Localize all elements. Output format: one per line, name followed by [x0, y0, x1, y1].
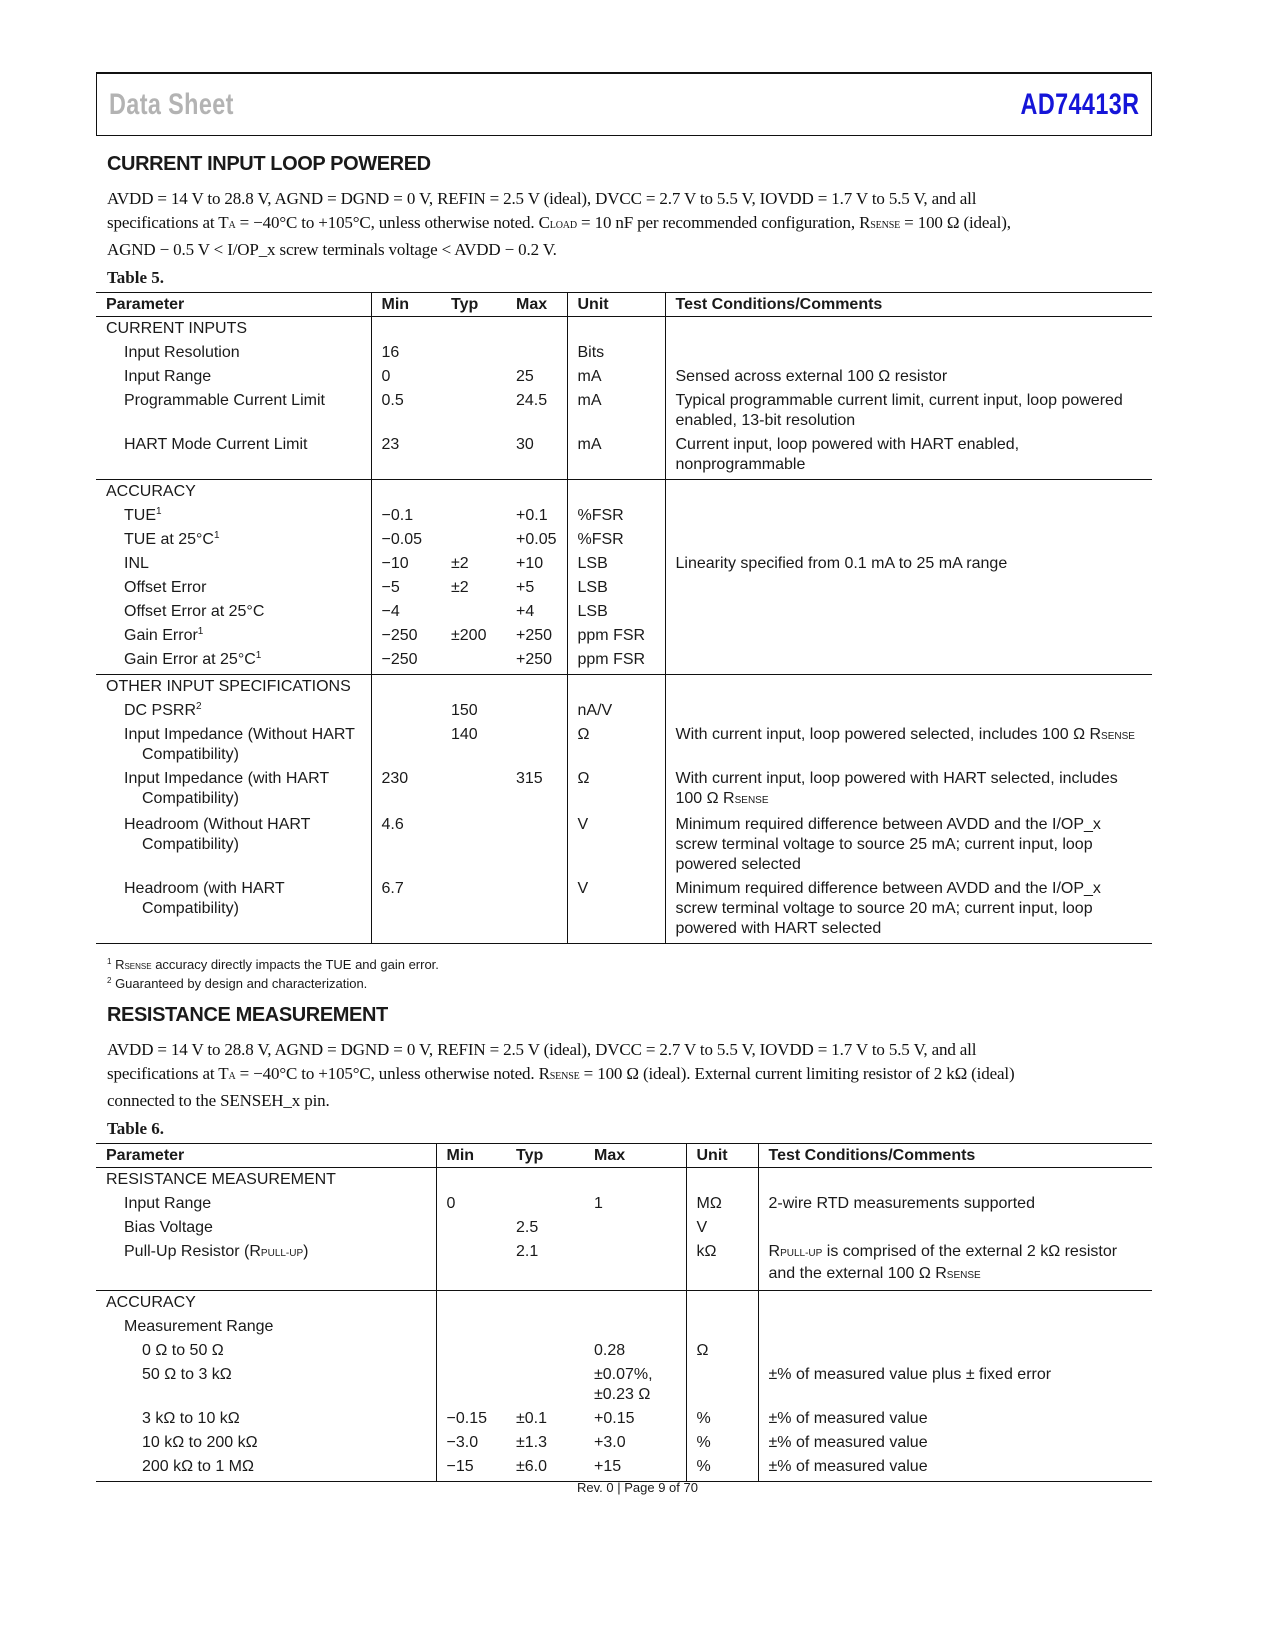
table-row: 3 kΩ to 10 kΩ −0.15 ±0.1 +0.15 % ±% of m…: [96, 1407, 1152, 1431]
typ-cell: [441, 433, 506, 480]
footnotes: 1 RSENSE accuracy directly impacts the T…: [107, 956, 439, 992]
param-cell: HART Mode Current Limit: [96, 433, 371, 480]
max-cell: [506, 813, 567, 877]
col-comments: Test Conditions/Comments: [665, 293, 1152, 317]
comment-cell: [665, 699, 1152, 723]
min-cell: 6.7: [371, 877, 441, 944]
table-cell: [371, 675, 441, 700]
unit-cell: ppm FSR: [567, 624, 665, 648]
comment-cell: Minimum required difference between AVDD…: [665, 877, 1152, 944]
unit-cell: V: [567, 877, 665, 944]
col-parameter: Parameter: [96, 1144, 436, 1168]
param-cell: Input Resolution: [96, 341, 371, 365]
group-label: ACCURACY: [96, 480, 371, 505]
doc-type-label: Data Sheet: [109, 88, 234, 122]
unit-cell: Ω: [567, 767, 665, 813]
min-cell: 0: [371, 365, 441, 389]
unit-cell: %FSR: [567, 504, 665, 528]
intro-line: specifications at TA = −40°C to +105°C, …: [107, 211, 1117, 238]
table-cell: [665, 675, 1152, 700]
unit-cell: LSB: [567, 552, 665, 576]
param-cell: Headroom (Without HART Compatibility): [96, 813, 371, 877]
table-row: Gain Error1−250±200+250ppm FSR: [96, 624, 1152, 648]
param-cell: INL: [96, 552, 371, 576]
max-cell: 24.5: [506, 389, 567, 433]
table-cell: [506, 480, 567, 505]
footnote-2: 2 Guaranteed by design and characterizat…: [107, 975, 439, 992]
comment-cell: [665, 576, 1152, 600]
page-footer: Rev. 0 | Page 9 of 70: [0, 1480, 1275, 1495]
unit-cell: mA: [567, 433, 665, 480]
table-row: Offset Error−5±2+5LSB: [96, 576, 1152, 600]
col-min: Min: [371, 293, 441, 317]
table-row: Programmable Current Limit0.524.5mATypic…: [96, 389, 1152, 433]
comment-cell: [665, 648, 1152, 675]
unit-cell: V: [567, 813, 665, 877]
table-row: 0 Ω to 50 Ω 0.28 Ω: [96, 1339, 1152, 1363]
section-intro-current-input: AVDD = 14 V to 28.8 V, AGND = DGND = 0 V…: [107, 187, 1117, 262]
param-cell: Offset Error at 25°C: [96, 600, 371, 624]
table-row: Headroom (with HART Compatibility)6.7VMi…: [96, 877, 1152, 944]
table-header-row: Parameter Min Typ Max Unit Test Conditio…: [96, 293, 1152, 317]
typ-cell: 150: [441, 699, 506, 723]
comment-cell: Sensed across external 100 Ω resistor: [665, 365, 1152, 389]
table-row: Input Range025mASensed across external 1…: [96, 365, 1152, 389]
max-cell: +5: [506, 576, 567, 600]
min-cell: 16: [371, 341, 441, 365]
spec-table-5: Parameter Min Typ Max Unit Test Conditio…: [96, 292, 1152, 944]
table-group-row: OTHER INPUT SPECIFICATIONS: [96, 675, 1152, 700]
table-cell: [567, 480, 665, 505]
param-cell: DC PSRR2: [96, 699, 371, 723]
table-row: Input Resolution16Bits: [96, 341, 1152, 365]
param-cell: Input Range: [96, 365, 371, 389]
col-typ: Typ: [506, 1144, 584, 1168]
min-cell: −250: [371, 624, 441, 648]
comment-cell: [665, 528, 1152, 552]
unit-cell: mA: [567, 389, 665, 433]
max-cell: [506, 341, 567, 365]
spec-table-6: Parameter Min Typ Max Unit Test Conditio…: [96, 1143, 1152, 1482]
table-cell: [371, 317, 441, 342]
comment-cell: Minimum required difference between AVDD…: [665, 813, 1152, 877]
comment-cell: [665, 624, 1152, 648]
min-cell: −4: [371, 600, 441, 624]
intro-line: AGND − 0.5 V < I/OP_x screw terminals vo…: [107, 238, 1117, 262]
col-parameter: Parameter: [96, 293, 371, 317]
unit-cell: mA: [567, 365, 665, 389]
comment-cell: [665, 600, 1152, 624]
table-cell: [506, 317, 567, 342]
table-row: Pull-Up Resistor (RPULL-UP) 2.1 kΩ RPULL…: [96, 1240, 1152, 1291]
param-cell: Input Impedance (with HART Compatibility…: [96, 767, 371, 813]
min-cell: −0.05: [371, 528, 441, 552]
typ-cell: [441, 389, 506, 433]
max-cell: +250: [506, 624, 567, 648]
table-subgroup-row: Measurement Range: [96, 1315, 1152, 1339]
unit-cell: LSB: [567, 576, 665, 600]
comment-cell: Typical programmable current limit, curr…: [665, 389, 1152, 433]
max-cell: 315: [506, 767, 567, 813]
typ-cell: ±200: [441, 624, 506, 648]
typ-cell: ±2: [441, 576, 506, 600]
table-row: Headroom (Without HART Compatibility)4.6…: [96, 813, 1152, 877]
param-cell: TUE1: [96, 504, 371, 528]
typ-cell: [441, 528, 506, 552]
max-cell: 30: [506, 433, 567, 480]
table-cell: [665, 317, 1152, 342]
min-cell: −10: [371, 552, 441, 576]
table-header-row: Parameter Min Typ Max Unit Test Conditio…: [96, 1144, 1152, 1168]
table-cell: [441, 317, 506, 342]
max-cell: [506, 723, 567, 767]
section-title-resistance: RESISTANCE MEASUREMENT: [107, 1004, 388, 1027]
min-cell: −250: [371, 648, 441, 675]
unit-cell: nA/V: [567, 699, 665, 723]
typ-cell: [441, 600, 506, 624]
comment-cell: [665, 341, 1152, 365]
max-cell: [506, 699, 567, 723]
param-cell: Input Impedance (Without HART Compatibil…: [96, 723, 371, 767]
param-cell: Gain Error1: [96, 624, 371, 648]
typ-cell: 140: [441, 723, 506, 767]
table-cell: [567, 317, 665, 342]
table-row: TUE at 25°C1−0.05+0.05%FSR: [96, 528, 1152, 552]
intro-line: AVDD = 14 V to 28.8 V, AGND = DGND = 0 V…: [107, 1038, 1117, 1062]
col-typ: Typ: [441, 293, 506, 317]
col-unit: Unit: [567, 293, 665, 317]
section-intro-resistance: AVDD = 14 V to 28.8 V, AGND = DGND = 0 V…: [107, 1038, 1117, 1113]
table-row: 10 kΩ to 200 kΩ −3.0 ±1.3 +3.0 % ±% of m…: [96, 1431, 1152, 1455]
max-cell: 25: [506, 365, 567, 389]
max-cell: +250: [506, 648, 567, 675]
table-row: Input Impedance (Without HART Compatibil…: [96, 723, 1152, 767]
footnote-1: 1 RSENSE accuracy directly impacts the T…: [107, 956, 439, 975]
typ-cell: [441, 341, 506, 365]
min-cell: 230: [371, 767, 441, 813]
comment-cell: Linearity specified from 0.1 mA to 25 mA…: [665, 552, 1152, 576]
max-cell: +4: [506, 600, 567, 624]
param-cell: Programmable Current Limit: [96, 389, 371, 433]
table-row: Input Range 0 1 MΩ 2-wire RTD measuremen…: [96, 1192, 1152, 1216]
col-max: Max: [584, 1144, 686, 1168]
group-label: OTHER INPUT SPECIFICATIONS: [96, 675, 371, 700]
intro-line: specifications at TA = −40°C to +105°C, …: [107, 1062, 1117, 1089]
intro-line: connected to the SENSEH_x pin.: [107, 1089, 1117, 1113]
table-row: 200 kΩ to 1 MΩ −15 ±6.0 +15 % ±% of meas…: [96, 1455, 1152, 1482]
unit-cell: ppm FSR: [567, 648, 665, 675]
min-cell: −0.1: [371, 504, 441, 528]
table-cell: [441, 480, 506, 505]
min-cell: 0.5: [371, 389, 441, 433]
table-row: 50 Ω to 3 kΩ ±0.07%,±0.23 Ω ±% of measur…: [96, 1363, 1152, 1407]
table-cell: [506, 675, 567, 700]
page-header: Data Sheet AD74413R: [96, 72, 1152, 136]
table-group-row: ACCURACY: [96, 1291, 1152, 1316]
param-cell: Headroom (with HART Compatibility): [96, 877, 371, 944]
max-cell: +10: [506, 552, 567, 576]
table-cell: [665, 480, 1152, 505]
table-row: INL−10±2+10LSBLinearity specified from 0…: [96, 552, 1152, 576]
unit-cell: Ω: [567, 723, 665, 767]
min-cell: −5: [371, 576, 441, 600]
param-cell: Offset Error: [96, 576, 371, 600]
table-row: Offset Error at 25°C−4+4LSB: [96, 600, 1152, 624]
min-cell: 23: [371, 433, 441, 480]
table-cell: [441, 675, 506, 700]
min-cell: [371, 699, 441, 723]
table-group-row: ACCURACY: [96, 480, 1152, 505]
table-group-row: CURRENT INPUTS: [96, 317, 1152, 342]
min-cell: [371, 723, 441, 767]
typ-cell: [441, 648, 506, 675]
max-cell: +0.1: [506, 504, 567, 528]
table-row: DC PSRR2150nA/V: [96, 699, 1152, 723]
table-group-row: RESISTANCE MEASUREMENT: [96, 1168, 1152, 1193]
typ-cell: [441, 767, 506, 813]
col-min: Min: [436, 1144, 506, 1168]
table-cell: [371, 480, 441, 505]
typ-cell: [441, 504, 506, 528]
col-comments: Test Conditions/Comments: [758, 1144, 1152, 1168]
table-row: HART Mode Current Limit2330mACurrent inp…: [96, 433, 1152, 480]
comment-cell: With current input, loop powered with HA…: [665, 767, 1152, 813]
comment-cell: Current input, loop powered with HART en…: [665, 433, 1152, 480]
param-cell: Gain Error at 25°C1: [96, 648, 371, 675]
table-row: TUE1−0.1+0.1%FSR: [96, 504, 1152, 528]
param-cell: TUE at 25°C1: [96, 528, 371, 552]
part-number: AD74413R: [1020, 88, 1139, 122]
comment-cell: [665, 504, 1152, 528]
col-max: Max: [506, 293, 567, 317]
unit-cell: LSB: [567, 600, 665, 624]
comment-cell: With current input, loop powered selecte…: [665, 723, 1152, 767]
typ-cell: [441, 365, 506, 389]
table-row: Gain Error at 25°C1−250+250ppm FSR: [96, 648, 1152, 675]
col-unit: Unit: [686, 1144, 758, 1168]
group-label: CURRENT INPUTS: [96, 317, 371, 342]
max-cell: [506, 877, 567, 944]
table-row: Input Impedance (with HART Compatibility…: [96, 767, 1152, 813]
typ-cell: [441, 813, 506, 877]
typ-cell: ±2: [441, 552, 506, 576]
unit-cell: Bits: [567, 341, 665, 365]
typ-cell: [441, 877, 506, 944]
table-cell: [567, 675, 665, 700]
unit-cell: %FSR: [567, 528, 665, 552]
min-cell: 4.6: [371, 813, 441, 877]
intro-line: AVDD = 14 V to 28.8 V, AGND = DGND = 0 V…: [107, 187, 1117, 211]
max-cell: +0.05: [506, 528, 567, 552]
table-row: Bias Voltage 2.5 V: [96, 1216, 1152, 1240]
table-caption: Table 5.: [107, 268, 164, 288]
section-title-current-input: CURRENT INPUT LOOP POWERED: [107, 153, 431, 176]
table-caption: Table 6.: [107, 1119, 164, 1139]
